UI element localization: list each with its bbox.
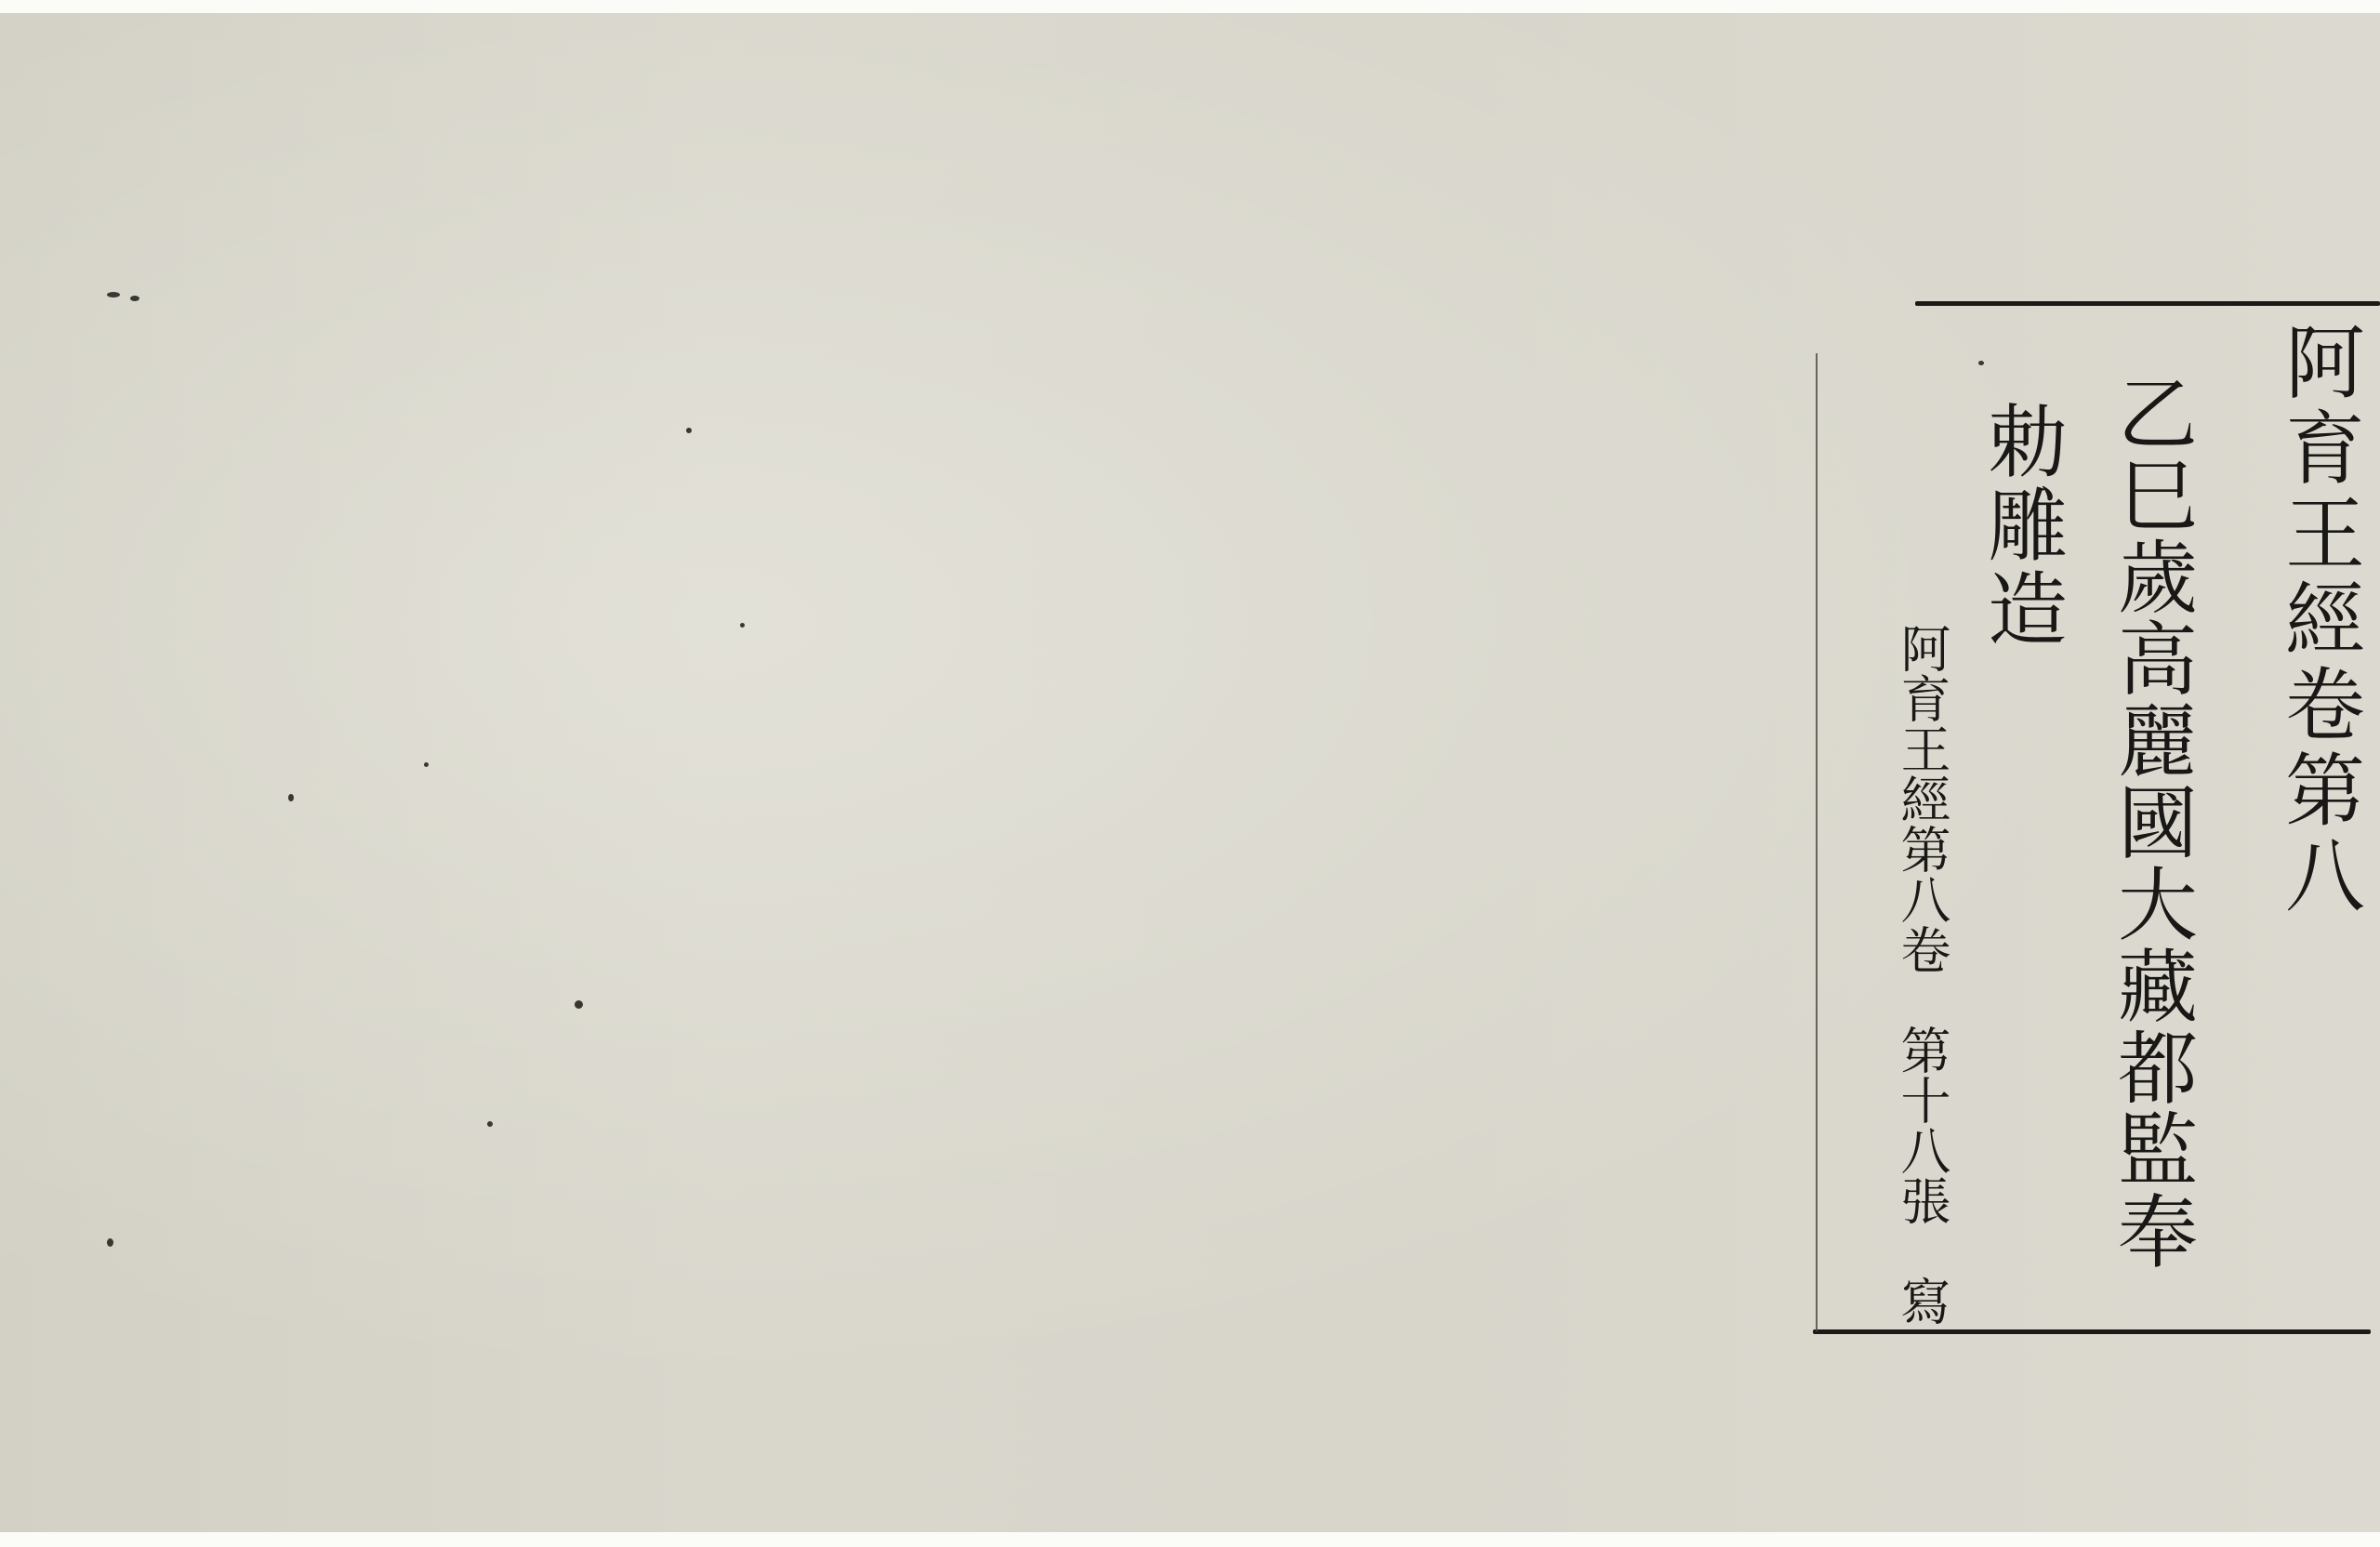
ink-speck [107,1238,113,1247]
colophon-line-1: 乙巳歲高麗國大藏都監奉 [2110,372,2190,1272]
edition-mark: 阿育王經第八卷 第十八張 寫 [1897,623,1947,1326]
ink-speck [288,794,294,801]
paper-page [0,13,2380,1532]
frame-top-border [1915,301,2380,306]
sutra-title: 阿育王經卷第八 [2278,321,2358,919]
ink-speck [130,296,139,301]
ink-speck [424,762,429,767]
frame-bottom-border [1813,1329,2371,1334]
ink-speck [686,428,692,433]
ink-speck [740,623,745,628]
ink-speck [107,292,120,297]
ink-speck [487,1121,493,1127]
colophon-line-2: 勅雕造 [1980,400,2060,651]
ink-speck [1978,361,1984,365]
ink-speck [575,1000,583,1009]
frame-left-border [1816,353,1818,1331]
